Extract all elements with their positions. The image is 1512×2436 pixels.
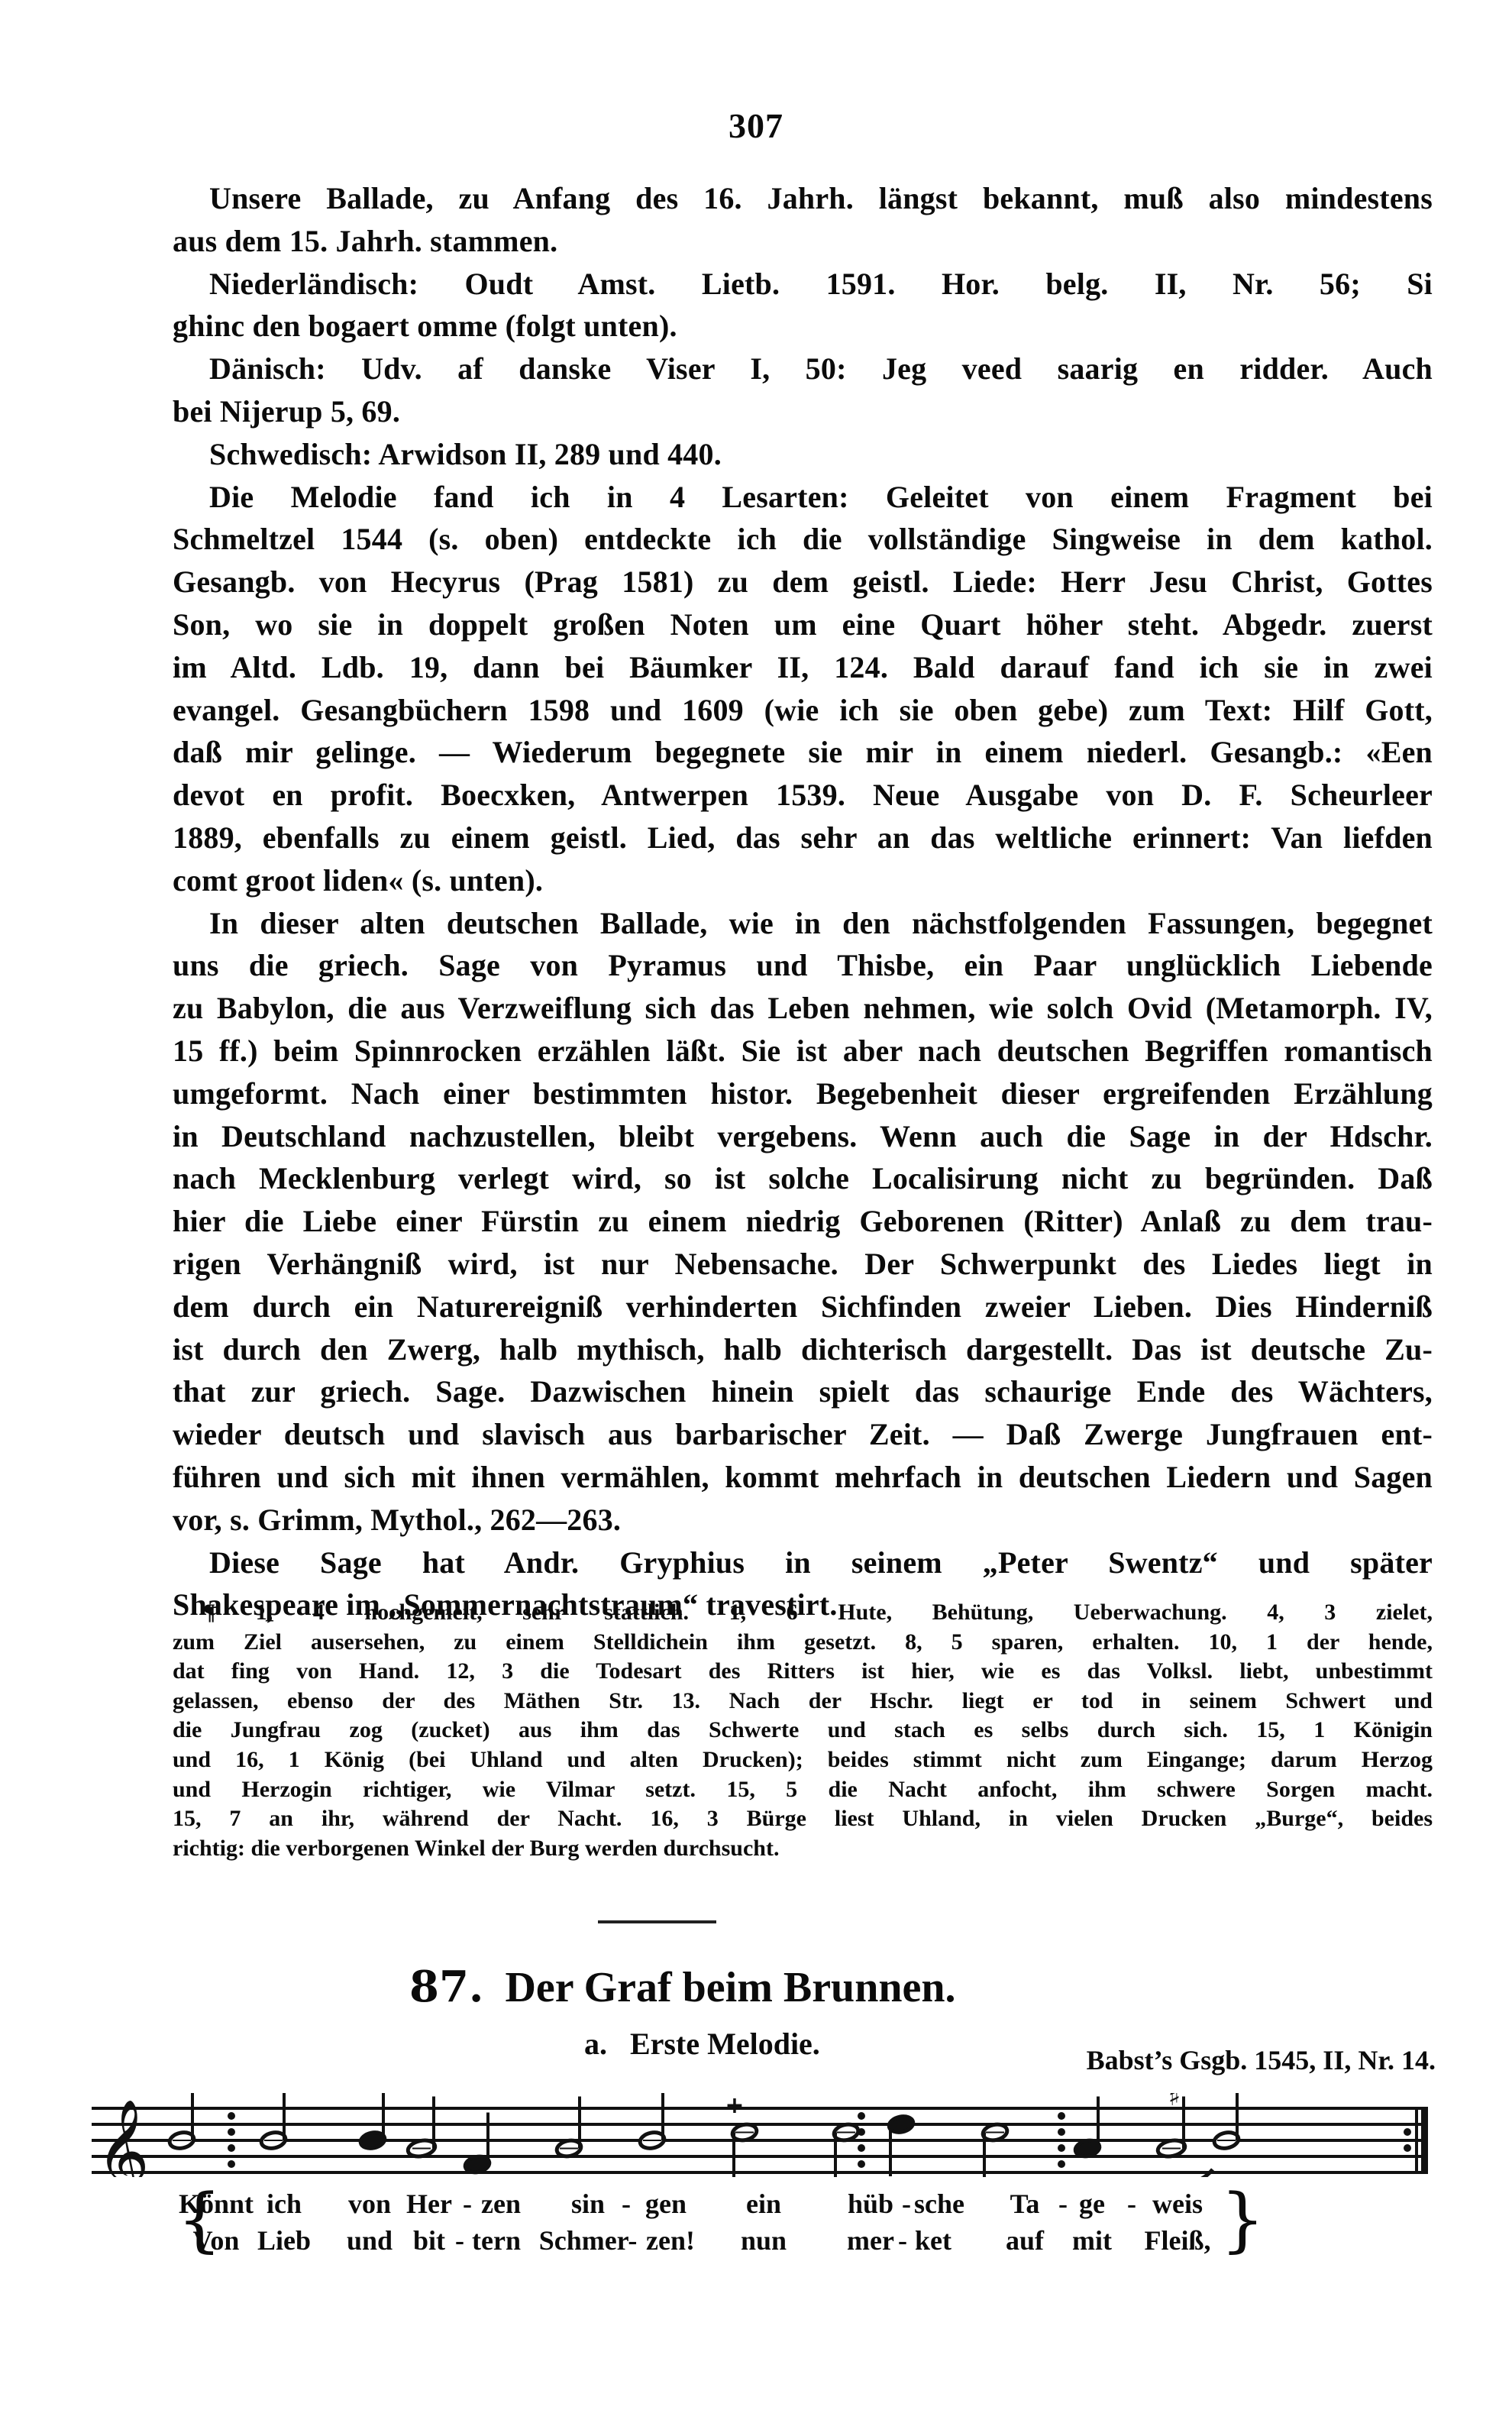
footnote-line: dat fing von Hand. 12, 3 die Todesart de… xyxy=(173,1657,1433,1687)
lyric-syllable: auf xyxy=(1006,2224,1044,2256)
lyric-syllable: sche xyxy=(914,2188,964,2220)
final-barline-thick xyxy=(1421,2107,1428,2174)
lyric-syllable: gen xyxy=(645,2188,687,2220)
lyric-syllable: mit xyxy=(1072,2224,1112,2256)
lyric-syllable: - xyxy=(463,2188,472,2220)
footnote-line: die Jungfrau zog (zucket) aus ihm das Sc… xyxy=(173,1716,1433,1745)
text-line: ghinc den bogaert omme (folgt unten). xyxy=(173,305,1433,348)
lyric-syllable: zen xyxy=(481,2188,521,2220)
divider-dot xyxy=(858,2160,865,2168)
text-line: 1889, ebenfalls zu einem geistl. Lied, d… xyxy=(173,817,1433,859)
lyric-syllable: von xyxy=(348,2188,391,2220)
text-line: vor, s. Grimm, Mythol., 262—263. xyxy=(173,1499,1433,1542)
divider-dot xyxy=(228,2128,235,2136)
lyric-syllable: ket xyxy=(915,2224,951,2256)
lyric-syllable: - xyxy=(455,2224,464,2256)
divider-dot xyxy=(858,2144,865,2152)
text-line: Son, wo sie in doppelt großen Noten um e… xyxy=(173,603,1433,646)
divider-dot xyxy=(228,2160,235,2168)
text-line: evangel. Gesangbüchern 1598 und 1609 (wi… xyxy=(173,689,1433,732)
melody-label: Erste Melodie. xyxy=(630,2027,820,2061)
text-line: hier die Liebe einer Fürstin zu einem ni… xyxy=(173,1200,1433,1243)
lyric-syllable: - xyxy=(1058,2188,1068,2220)
text-line: in Deutschland nachzustellen, bleibt ver… xyxy=(173,1115,1433,1158)
text-line: nach Mecklenburg verlegt wird, so ist so… xyxy=(173,1157,1433,1200)
lyric-syllable: ich xyxy=(267,2188,302,2220)
sharp-icon: ♯ xyxy=(1168,2093,1181,2112)
lyric-syllable: nun xyxy=(741,2224,787,2256)
footnote-line: gelassen, ebenso der des Mäthen Str. 13.… xyxy=(173,1687,1433,1716)
song-heading: 87.Der Graf beim Brunnen. xyxy=(409,1962,956,2012)
text-line: umgeformt. Nach einer bestimmten histor.… xyxy=(173,1072,1433,1115)
divider-dot xyxy=(1058,2144,1065,2152)
lyric-syllable: mer xyxy=(847,2224,894,2256)
song-title: Der Graf beim Brunnen. xyxy=(505,1964,955,2011)
text-line: ist durch den Zwerg, halb mythisch, halb… xyxy=(173,1328,1433,1371)
text-line: daß mir gelinge. — Wiederum begegnete si… xyxy=(173,731,1433,774)
lyric-syllable: ein xyxy=(746,2188,781,2220)
text-line: Diese Sage hat Andr. Gryphius in seinem … xyxy=(173,1542,1433,1584)
divider-dot xyxy=(1058,2112,1065,2120)
text-line: 15 ff.) beim Spinnrocken erzählen läßt. … xyxy=(173,1030,1433,1072)
lyric-syllable: - xyxy=(898,2224,907,2256)
lyric-syllable: - xyxy=(1127,2188,1136,2220)
lyric-syllable: Von xyxy=(193,2224,240,2256)
text-line: Schmeltzel 1544 (s. oben) entdeckte ich … xyxy=(173,518,1433,561)
final-barline xyxy=(1415,2108,1418,2172)
music-staff-graphic: 𝄞+♯ xyxy=(92,2093,1451,2177)
lyric-syllable: sin xyxy=(571,2188,605,2220)
lyric-syllable: und xyxy=(347,2224,393,2256)
melody-source: Babst’s Gsgb. 1545, II, Nr. 14. xyxy=(1087,2044,1436,2076)
text-line: führen und sich mit ihnen vermählen, kom… xyxy=(173,1456,1433,1499)
section-divider-rule xyxy=(598,1920,716,1923)
text-line: dem durch ein Naturereigniß verhinderten… xyxy=(173,1286,1433,1328)
text-line: uns die griech. Sage von Pyramus und Thi… xyxy=(173,944,1433,987)
text-line: wieder deutsch und slavisch aus barbaris… xyxy=(173,1413,1433,1456)
lyric-syllable: tern xyxy=(472,2224,521,2256)
cross-mark-icon: + xyxy=(725,2093,744,2119)
footnote-line: und 16, 1 König (bei Uhland und alten Dr… xyxy=(173,1745,1433,1775)
divider-dot xyxy=(1058,2160,1065,2168)
lyric-syllable: Ta xyxy=(1010,2188,1040,2220)
divider-dot xyxy=(1058,2128,1065,2136)
right-brace-icon: } xyxy=(1220,2185,1265,2255)
text-line: that zur griech. Sage. Dazwischen hinein… xyxy=(173,1370,1433,1413)
text-line: aus dem 15. Jahrh. stammen. xyxy=(173,220,1433,263)
lyric-syllable: hüb xyxy=(848,2188,893,2220)
lyric-syllable: bit xyxy=(413,2224,445,2256)
text-line: Die Melodie fand ich in 4 Lesarten: Gele… xyxy=(173,476,1433,519)
lyric-syllable: ge xyxy=(1079,2188,1105,2220)
text-line: bei Nijerup 5, 69. xyxy=(173,390,1433,433)
text-line: In dieser alten deutschen Ballade, wie i… xyxy=(173,902,1433,945)
treble-clef-icon: 𝄞 xyxy=(96,2098,150,2177)
divider-dot xyxy=(858,2112,865,2120)
text-line: Unsere Ballade, zu Anfang des 16. Jahrh.… xyxy=(173,177,1433,220)
lyric-syllable: zen! xyxy=(646,2224,695,2256)
lyric-syllable: Lieb xyxy=(257,2224,311,2256)
divider-dot xyxy=(228,2112,235,2120)
lyric-syllable: - xyxy=(902,2188,911,2220)
lyric-syllable: weis xyxy=(1152,2188,1203,2220)
text-line: Niederländisch: Oudt Amst. Lietb. 1591. … xyxy=(173,263,1433,306)
footnote-line: ¶ 1, 4 hochgemeit, sehr stattlich. 1, 6 … xyxy=(173,1598,1433,1628)
divider-dot xyxy=(228,2144,235,2152)
music-staff: 𝄞+♯ xyxy=(92,2093,1451,2177)
text-line: Gesangb. von Hecyrus (Prag 1581) zu dem … xyxy=(173,561,1433,603)
text-line: Schwedisch: Arwidson II, 289 und 440. xyxy=(173,433,1433,476)
lyric-syllable: Fleiß, xyxy=(1145,2224,1211,2256)
lyric-syllable: Her xyxy=(406,2188,452,2220)
text-line: im Altd. Ldb. 19, dann bei Bäumker II, 1… xyxy=(173,646,1433,689)
text-line: rigen Verhängniß wird, ist nur Nebensach… xyxy=(173,1243,1433,1286)
lyrics: {}KönntichvonHer-zensin-geneinhüb-scheTa… xyxy=(0,2185,1512,2269)
text-line: comt groot liden« (s. unten). xyxy=(173,859,1433,902)
lyric-syllable: Schmer- xyxy=(539,2224,638,2256)
melody-letter: a. xyxy=(584,2027,607,2061)
footnote-line: zum Ziel ausersehen, zu einem Stelldiche… xyxy=(173,1628,1433,1658)
text-line: devot en profit. Boecxken, Antwerpen 153… xyxy=(173,774,1433,817)
melody-heading: a.Erste Melodie. xyxy=(584,2026,820,2062)
footnote-line: 15, 7 an ihr, während der Nacht. 16, 3 B… xyxy=(173,1804,1433,1834)
footnotes: ¶ 1, 4 hochgemeit, sehr stattlich. 1, 6 … xyxy=(173,1598,1433,1863)
text-line: zu Babylon, die aus Verzweiflung sich da… xyxy=(173,987,1433,1030)
footnote-line: und Herzogin richtiger, wie Vilmar setzt… xyxy=(173,1775,1433,1805)
text-line: Dänisch: Udv. af danske Viser I, 50: Jeg… xyxy=(173,348,1433,390)
commentary-body: Unsere Ballade, zu Anfang des 16. Jahrh.… xyxy=(173,177,1433,1626)
footnote-line: richtig: die verborgenen Winkel der Burg… xyxy=(173,1834,1433,1864)
page-number: 307 xyxy=(0,105,1512,146)
lyric-syllable: - xyxy=(622,2188,631,2220)
song-number: 87. xyxy=(409,1962,483,2012)
lyric-syllable: Könnt xyxy=(179,2188,254,2220)
